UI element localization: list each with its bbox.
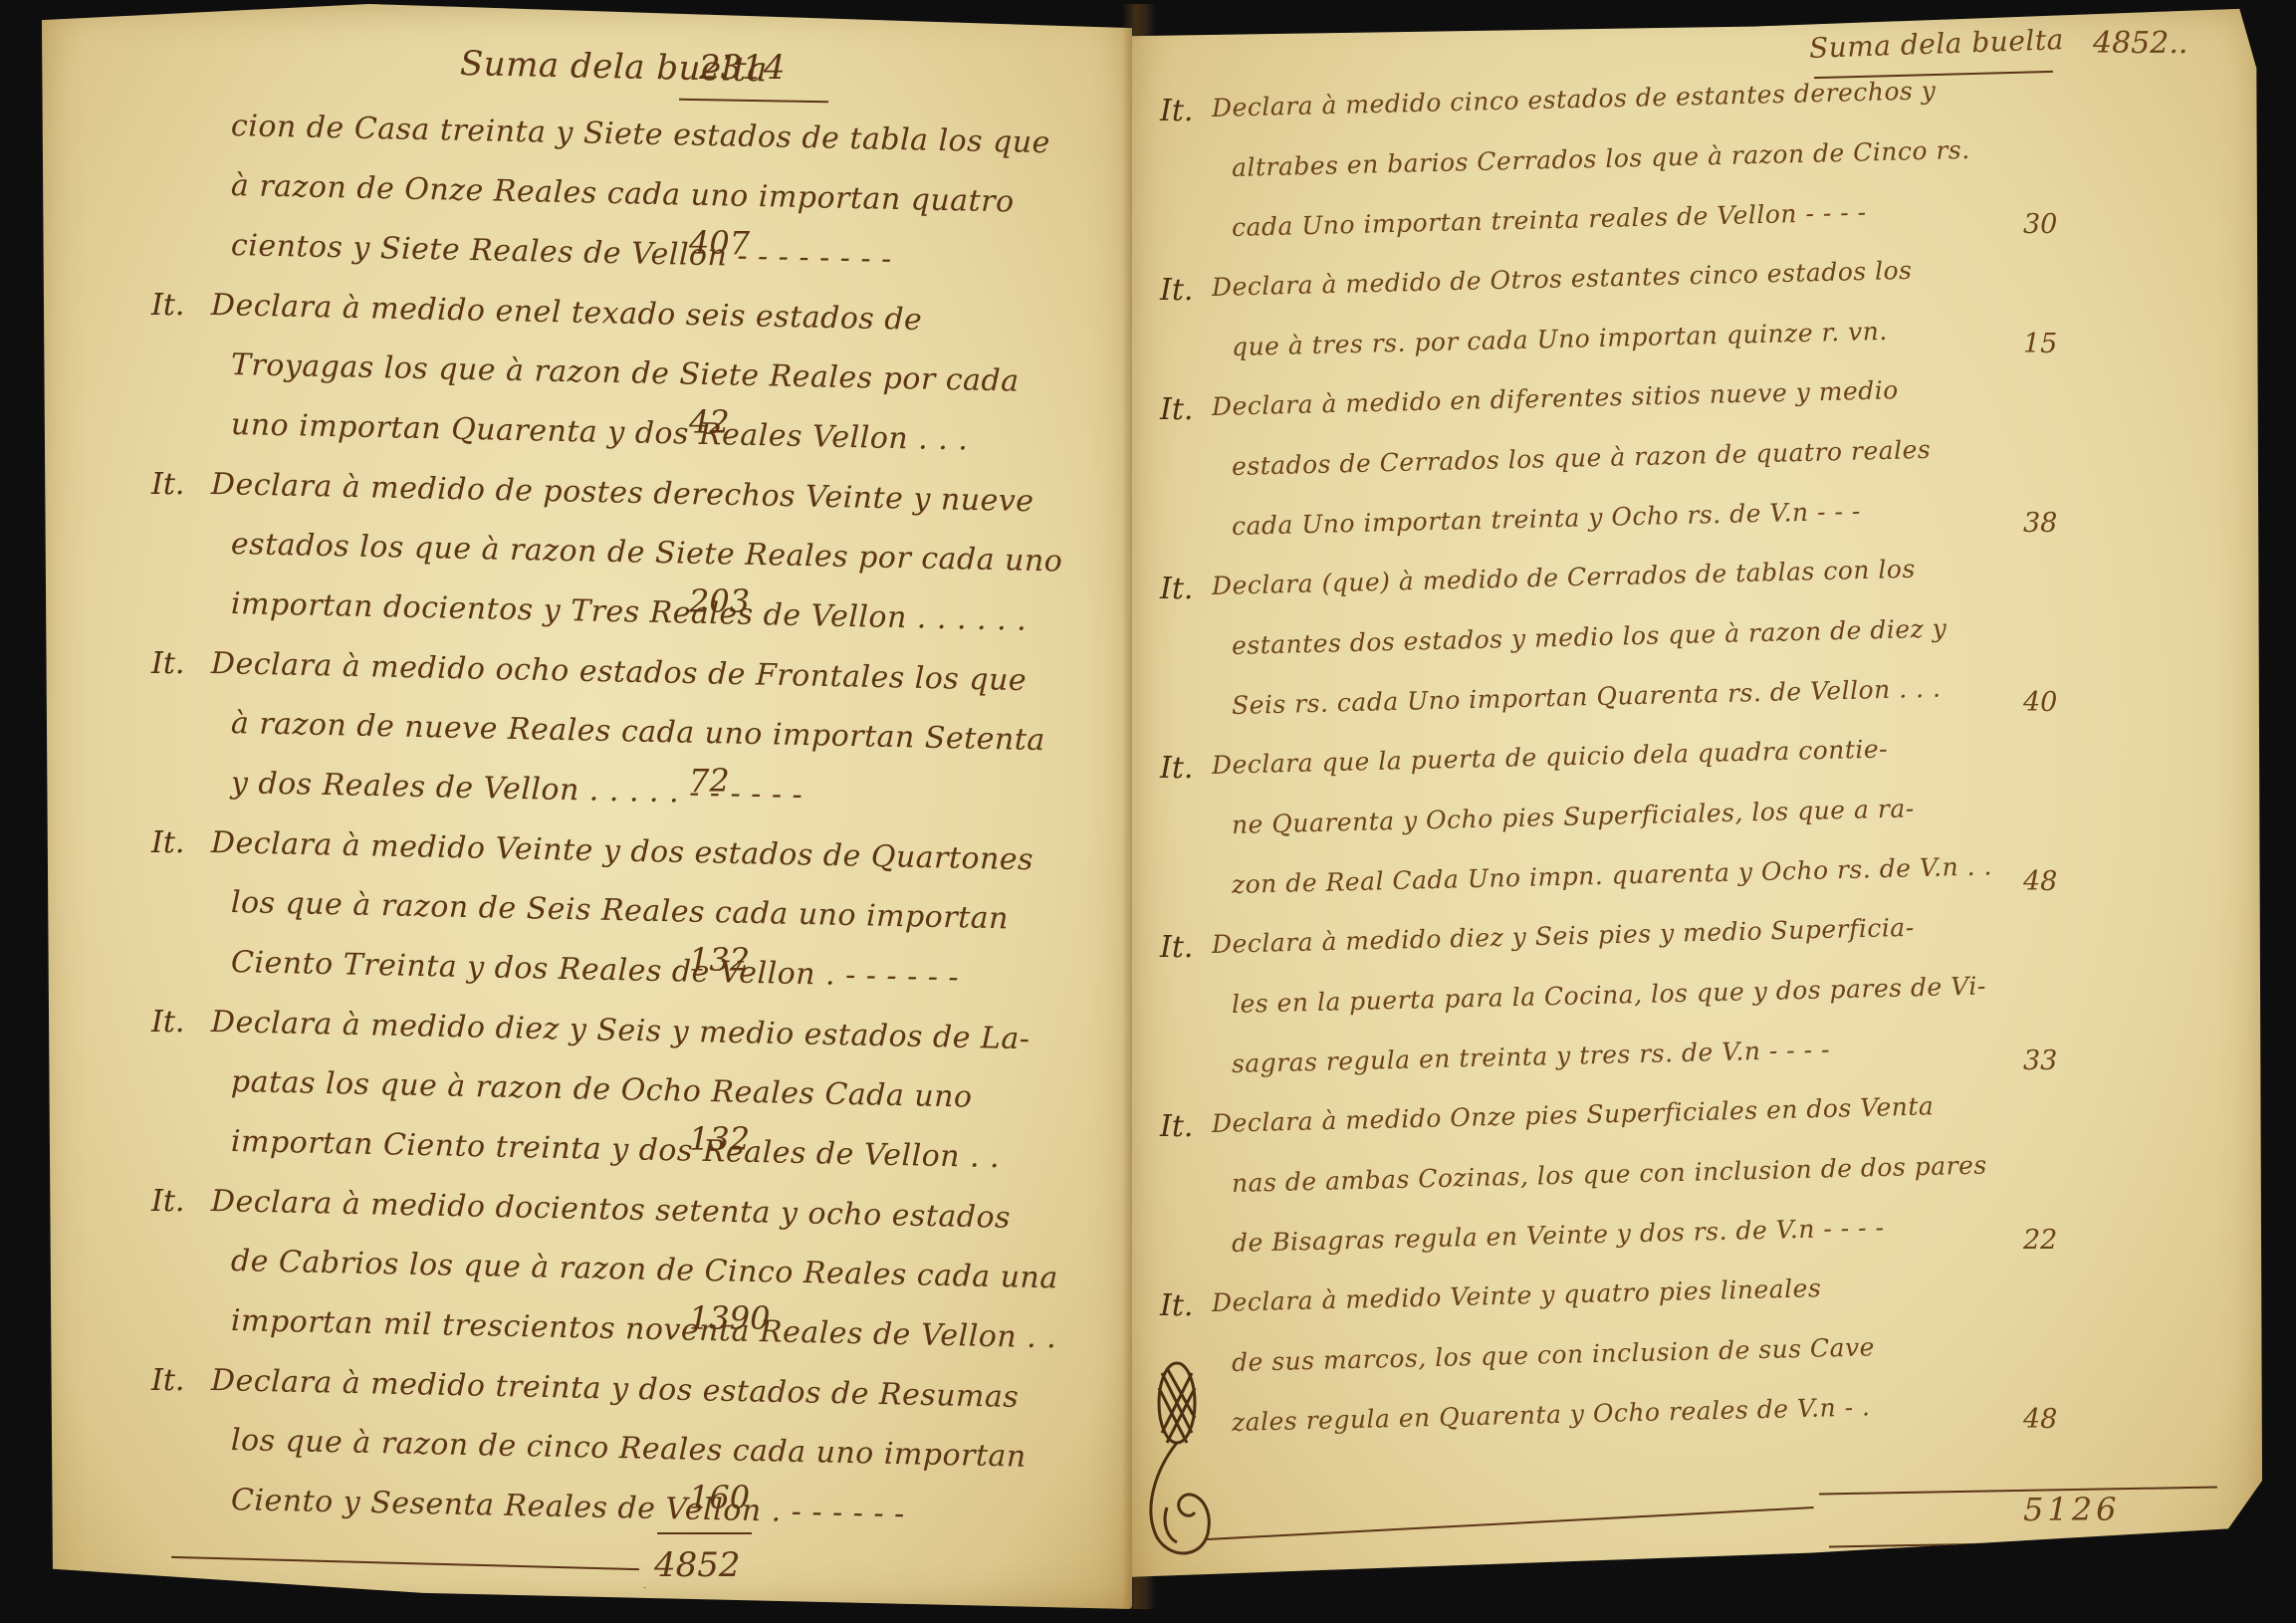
line-amount: 30 [2023,209,2057,240]
ledger-line: Declara à medido treinta y dos estados d… [211,1363,1020,1415]
ledger-line: Declara à medido en diferentes sitios nu… [1212,375,1899,421]
ledger-line: nas de ambas Cozinas, los que con inclus… [1232,1150,1987,1198]
rubric-flourish-icon [1137,1358,1217,1567]
line-amount: 132 [689,1120,750,1158]
ledger-line: que à tres rs. por cada Uno importan qui… [1232,317,1888,361]
line-amount: 407 [689,224,750,262]
item-marker: It. [151,1363,184,1398]
right-page-total: 5126 [2023,1491,2120,1528]
ledger-line: Declara à medido docientos setenta y och… [211,1184,1012,1236]
item-marker: It. [151,1005,184,1040]
ledger-line: estantes dos estados y medio los que à r… [1232,613,1948,660]
ledger-line: cada Uno importan treinta y Ocho rs. de … [1232,497,1861,541]
ledger-line: à razon de nueve Reales cada uno importa… [231,706,1045,758]
item-marker: It. [151,825,184,860]
ledger-line: los que à razon de Seis Reales cada uno … [231,885,1010,936]
ledger-line: importan docientos y Tres Reales de Vell… [231,586,1028,638]
item-marker: It. [1160,572,1193,606]
manuscript-spread: Suma dela buelta 2314 cion de Casa trein… [42,4,2262,1609]
ledger-line: uno importan Quarenta y dos Reales Vello… [231,407,969,458]
line-amount: 132 [689,941,750,979]
item-marker: It. [1160,273,1193,308]
line-amount: 15 [2023,329,2057,359]
item-marker: It. [1160,94,1193,128]
ledger-line: estados de Cerrados los que à razon de q… [1232,435,1932,481]
ledger-line: ne Quarenta y Ocho pies Superficiales, l… [1232,794,1915,839]
ledger-line: Seis rs. cada Uno importan Quarenta rs. … [1232,674,1942,720]
closing-bracket-line [171,1556,639,1570]
item-marker: It. [151,646,184,681]
ledger-line: cada Uno importan treinta reales de Vell… [1232,197,1867,242]
header-underline [679,99,828,104]
line-amount: 33 [2023,1045,2057,1076]
item-marker: It. [1160,1109,1193,1144]
right-header-label: Suma dela buelta [1808,23,2064,65]
ledger-line: Troyagas los que à razon de Siete Reales… [231,348,1020,399]
total-rule [1819,1487,2217,1496]
ledger-line: Declara à medido Onze pies Superficiales… [1212,1091,1935,1138]
total-underline [1829,1539,2227,1548]
ledger-line: Declara que la puerta de quicio dela qua… [1212,734,1889,780]
item-marker: It. [151,1184,184,1219]
item-marker: It. [1160,751,1193,786]
total-rule [657,1532,752,1534]
ledger-line: Declara à medido ocho estados de Frontal… [211,646,1028,698]
ledger-line: altrabes en barios Cerrados los que à ra… [1232,135,1970,182]
ledger-line: de sus marcos, los que con inclusion de … [1232,1332,1876,1377]
ledger-line: Ciento Treinta y dos Reales de Vellon . … [231,945,960,995]
ledger-line: cion de Casa treinta y Siete estados de … [231,109,1051,160]
ledger-line: Declara à medido Veinte y dos estados de… [211,825,1034,877]
ledger-line: patas los que à razon de Ocho Reales Cad… [231,1064,973,1115]
ledger-line: cientos y Siete Reales de Vellon - - - -… [231,228,892,277]
line-amount: 48 [2023,1404,2057,1435]
ledger-line: importan Ciento treinta y dos Reales de … [231,1124,1001,1175]
ledger-line: importan mil trescientos noventa Reales … [231,1303,1057,1355]
item-marker: It. [151,288,184,323]
ledger-line: Declara à medido diez y Seis y medio est… [211,1005,1031,1056]
ledger-line: zon de Real Cada Uno impn. quarenta y Oc… [1232,851,1993,899]
ledger-line: Declara à medido cinco estados de estant… [1212,76,1937,122]
right-header-carried-total: 4852.. [2093,26,2187,61]
closing-line [1207,1507,1813,1540]
ledger-line: Declara (que) à medido de Cerrados de ta… [1212,555,1916,600]
left-header-carried-total: 2314 [699,48,786,88]
line-amount: 72 [689,762,730,800]
line-amount: 48 [2023,866,2057,897]
line-amount: 40 [2023,687,2057,718]
line-amount: 160 [689,1479,750,1516]
item-marker: It. [1160,1288,1193,1323]
ledger-line: Declara à medido Veinte y quatro pies li… [1212,1274,1822,1317]
ledger-line: Declara à medido de postes derechos Vein… [211,467,1034,519]
ledger-line: de Bisagras regula en Veinte y dos rs. d… [1232,1213,1885,1258]
item-marker: It. [1160,392,1193,427]
ledger-line: Ciento y Sesenta Reales de Vellon . - - … [231,1483,905,1531]
line-amount: 1390 [689,1299,770,1337]
ledger-line: Declara à medido enel texado seis estado… [211,288,923,338]
ledger-line: zales regula en Quarenta y Ocho reales d… [1232,1392,1871,1437]
line-amount: 38 [2023,508,2057,539]
ledger-line: los que à razon de cinco Reales cada uno… [231,1423,1027,1475]
ledger-line: Declara à medido de Otros estantes cinco… [1212,256,1913,302]
ledger-line: estados los que à razon de Siete Reales … [231,527,1063,579]
ledger-line: les en la puerta para la Cocina, los que… [1232,971,1986,1019]
left-page-total: 4852 [654,1545,741,1585]
item-marker: It. [1160,930,1193,965]
right-page: Suma dela buelta 4852.. It.Declara à med… [1132,4,2262,1609]
left-page: Suma dela buelta 2314 cion de Casa trein… [42,4,1132,1609]
ledger-line: à razon de Onze Reales cada uno importan… [231,168,1015,219]
ledger-line: Declara à medido diez y Seis pies y medi… [1212,913,1915,959]
ledger-line: sagras regula en treinta y tres rs. de V… [1232,1035,1831,1078]
line-amount: 203 [689,582,750,620]
line-amount: 22 [2023,1225,2057,1256]
item-marker: It. [151,467,184,502]
ledger-line: de Cabrios los que à razon de Cinco Real… [231,1244,1058,1295]
line-amount: 42 [689,403,730,441]
